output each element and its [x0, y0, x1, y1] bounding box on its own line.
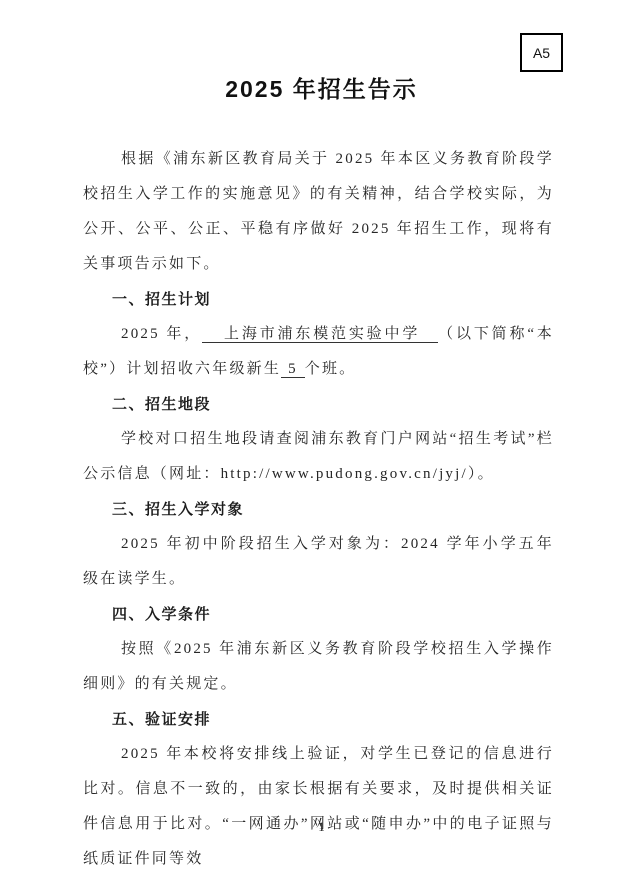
class-count-underlined: 5: [281, 361, 305, 378]
section-2-heading: 二、招生地段: [83, 387, 554, 422]
section-2-paragraph: 学校对口招生地段请查阅浦东教育门户网站“招生考试”栏公示信息（网址：http:/…: [83, 422, 554, 492]
document-body: 根据《浦东新区教育局关于 2025 年本区义务教育阶段学校招生入学工作的实施意见…: [83, 142, 554, 870]
intro-paragraph: 根据《浦东新区教育局关于 2025 年本区义务教育阶段学校招生入学工作的实施意见…: [83, 142, 554, 282]
section-5-heading: 五、验证安排: [83, 702, 554, 737]
section-1-suffix: 个班。: [305, 361, 357, 377]
section-1-paragraph: 2025 年，上海市浦东模范实验中学（以下简称“本校”）计划招收六年级新生5个班…: [83, 317, 554, 387]
section-3-heading: 三、招生入学对象: [83, 492, 554, 527]
paper-size-label: A5: [533, 45, 550, 61]
page-number: 1: [0, 819, 643, 835]
section-4-paragraph: 按照《2025 年浦东新区义务教育阶段学校招生入学操作细则》的有关规定。: [83, 632, 554, 702]
section-1-prefix: 2025 年，: [121, 326, 202, 342]
section-5-paragraph: 2025 年本校将安排线上验证，对学生已登记的信息进行比对。信息不一致的，由家长…: [83, 737, 554, 870]
school-name-underlined: 上海市浦东模范实验中学: [202, 326, 438, 343]
section-3-paragraph: 2025 年初中阶段招生入学对象为：2024 学年小学五年级在读学生。: [83, 527, 554, 597]
document-title: 2025 年招生告示: [0, 71, 643, 104]
document-page: A5 2025 年招生告示 根据《浦东新区教育局关于 2025 年本区义务教育阶…: [0, 0, 643, 870]
paper-size-box: A5: [520, 33, 563, 72]
section-4-heading: 四、入学条件: [83, 597, 554, 632]
section-1-heading: 一、招生计划: [83, 282, 554, 317]
